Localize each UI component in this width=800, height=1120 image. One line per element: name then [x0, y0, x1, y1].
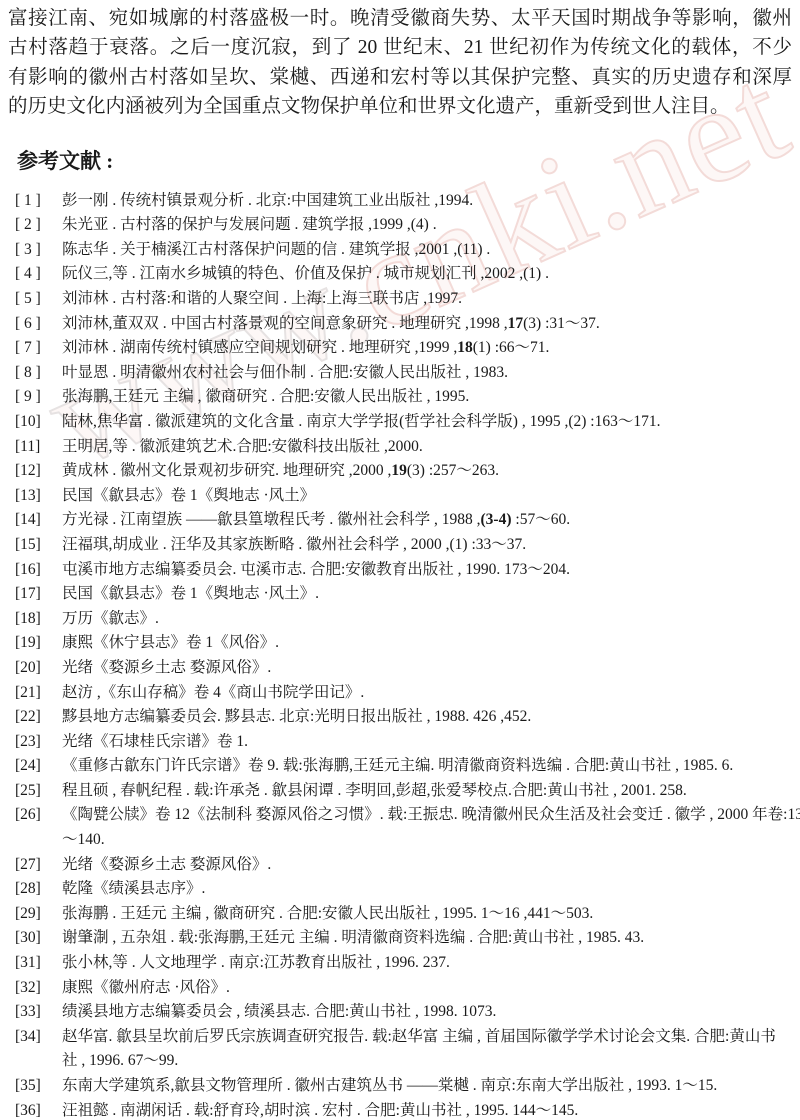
- reference-item: [34]赵华富. 歙县呈坎前后罗氏宗族调查研究报告. 载:赵华富 主编 , 首届…: [0, 1025, 800, 1074]
- references-heading: 参考文献 :: [17, 145, 800, 175]
- reference-item: [25]程且硕 , 春帆纪程 . 载:许承尧 . 歙县闲谭 . 李明回,彭超,张…: [0, 779, 800, 804]
- reference-text: 万历《歙志》.: [62, 610, 159, 627]
- reference-number: [32]: [15, 976, 41, 1001]
- reference-number: [ 9 ]: [15, 385, 41, 410]
- reference-item: [ 5 ]刘沛林 . 古村落:和谐的人聚空间 . 上海:上海三联书店 ,1997…: [0, 287, 800, 312]
- reference-item: [27]光绪《婺源乡土志 婺源风俗》.: [0, 853, 800, 878]
- reference-text: 陆林,焦华富 . 徽派建筑的文化含量 . 南京大学学报(哲学社会科学版) , 1…: [62, 413, 660, 430]
- reference-item: [26]《陶甓公牍》卷 12《法制科 婺源风俗之习惯》. 载:王振忠. 晚清徽州…: [0, 803, 800, 852]
- reference-number: [30]: [15, 926, 41, 951]
- reference-item: [22]黟县地方志编纂委员会. 黟县志. 北京:光明日报出版社 , 1988. …: [0, 705, 800, 730]
- reference-text: 张小林,等 . 人文地理学 . 南京:江苏教育出版社 , 1996. 237.: [62, 954, 450, 971]
- reference-number: [ 1 ]: [15, 189, 41, 214]
- reference-number: [35]: [15, 1074, 41, 1099]
- reference-text: 张海鹏 . 王廷元 主编 , 徽商研究 . 合肥:安徽人民出版社 , 1995.…: [62, 905, 593, 922]
- reference-text: 光绪《石埭桂氏宗谱》卷 1.: [62, 733, 248, 750]
- reference-text: 刘沛林 . 古村落:和谐的人聚空间 . 上海:上海三联书店 ,1997.: [62, 290, 462, 307]
- reference-item: [20]光绪《婺源乡土志 婺源风俗》.: [0, 656, 800, 681]
- reference-text: 程且硕 , 春帆纪程 . 载:许承尧 . 歙县闲谭 . 李明回,彭超,张爱琴校点…: [62, 782, 687, 799]
- reference-item: [17]民国《歙县志》卷 1《舆地志 ·风土》.: [0, 582, 800, 607]
- reference-text: 朱光亚 . 古村落的保护与发展问题 . 建筑学报 ,1999 ,(4) .: [62, 216, 437, 233]
- reference-text: 《陶甓公牍》卷 12《法制科 婺源风俗之习惯》. 载:王振忠. 晚清徽州民众生活…: [62, 806, 800, 848]
- reference-number: [ 8 ]: [15, 361, 41, 386]
- reference-text: 康熙《徽州府志 ·风俗》.: [62, 979, 230, 996]
- reference-text: 阮仪三,等 . 江南水乡城镇的特色、价值及保护 . 城市规划汇刊 ,2002 ,…: [62, 265, 549, 282]
- reference-item: [13]民国《歙县志》卷 1《舆地志 ·风土》: [0, 484, 800, 509]
- intro-paragraph: 富接江南、宛如城廓的村落盛极一时。晚清受徽商失势、太平天国时期战争等影响，徽州 …: [8, 4, 792, 122]
- reference-text: 刘沛林 . 湖南传统村镇感应空间规划研究 . 地理研究 ,1999 ,18(1)…: [62, 339, 549, 356]
- reference-text: 东南大学建筑系,歙县文物管理所 . 徽州古建筑丛书 ——棠樾 . 南京:东南大学…: [62, 1077, 717, 1094]
- reference-text: 叶显恩 . 明清徽州农村社会与佃仆制 . 合肥:安徽人民出版社 , 1983.: [62, 364, 508, 381]
- reference-item: [31]张小林,等 . 人文地理学 . 南京:江苏教育出版社 , 1996. 2…: [0, 951, 800, 976]
- reference-number: [36]: [15, 1099, 41, 1120]
- reference-text: 绩溪县地方志编纂委员会 , 绩溪县志. 合肥:黄山书社 , 1998. 1073…: [62, 1003, 496, 1020]
- paragraph-line: 有影响的徽州古村落如呈坎、棠樾、西递和宏村等以其保护完整、真实的历史遗存和深厚: [8, 63, 792, 92]
- reference-item: [35]东南大学建筑系,歙县文物管理所 . 徽州古建筑丛书 ——棠樾 . 南京:…: [0, 1074, 800, 1099]
- reference-text: 民国《歙县志》卷 1《舆地志 ·风土》.: [62, 585, 319, 602]
- reference-item: [ 1 ]彭一刚 . 传统村镇景观分析 . 北京:中国建筑工业出版社 ,1994…: [0, 189, 800, 214]
- reference-text: 彭一刚 . 传统村镇景观分析 . 北京:中国建筑工业出版社 ,1994.: [62, 192, 473, 209]
- reference-text: 《重修古歙东门许氏宗谱》卷 9. 载:张海鹏,王廷元主编. 明清徽商资料选编 .…: [62, 757, 733, 774]
- reference-item: [ 6 ]刘沛林,董双双 . 中国古村落景观的空间意象研究 . 地理研究 ,19…: [0, 312, 800, 337]
- reference-text: 黄成林 . 徽州文化景观初步研究. 地理研究 ,2000 ,19(3) :257…: [62, 462, 499, 479]
- reference-number: [25]: [15, 779, 41, 804]
- reference-number: [31]: [15, 951, 41, 976]
- reference-number: [11]: [15, 435, 40, 460]
- reference-number: [19]: [15, 631, 41, 656]
- reference-number: [24]: [15, 754, 41, 779]
- reference-number: [14]: [15, 508, 41, 533]
- reference-text: 方光禄 . 江南望族 ——歙县篁墩程氏考 . 徽州社会科学 , 1988 ,(3…: [62, 511, 570, 528]
- reference-number: [ 6 ]: [15, 312, 41, 337]
- reference-item: [ 9 ]张海鹏,王廷元 主编 , 徽商研究 . 合肥:安徽人民出版社 , 19…: [0, 385, 800, 410]
- reference-item: [15]汪福琪,胡成业 . 汪华及其家族断略 . 徽州社会科学 , 2000 ,…: [0, 533, 800, 558]
- reference-item: [24]《重修古歙东门许氏宗谱》卷 9. 载:张海鹏,王廷元主编. 明清徽商资料…: [0, 754, 800, 779]
- paragraph-line: 古村落趋于衰落。之后一度沉寂，到了 20 世纪末、21 世纪初作为传统文化的载体…: [8, 33, 792, 62]
- reference-number: [ 2 ]: [15, 213, 41, 238]
- reference-number: [16]: [15, 558, 41, 583]
- reference-number: [ 4 ]: [15, 262, 41, 287]
- reference-number: [28]: [15, 877, 41, 902]
- reference-item: [36]汪祖懿 . 南湖闲话 . 载:舒育玲,胡时滨 . 宏村 . 合肥:黄山书…: [0, 1099, 800, 1120]
- reference-text: 谢肇淛 , 五杂俎 . 载:张海鹏,王廷元 主编 . 明清徽商资料选编 . 合肥…: [62, 929, 644, 946]
- reference-item: [29]张海鹏 . 王廷元 主编 , 徽商研究 . 合肥:安徽人民出版社 , 1…: [0, 902, 800, 927]
- reference-item: [32]康熙《徽州府志 ·风俗》.: [0, 976, 800, 1001]
- reference-number: [ 7 ]: [15, 336, 41, 361]
- document-page: 富接江南、宛如城廓的村落盛极一时。晚清受徽商失势、太平天国时期战争等影响，徽州 …: [0, 4, 800, 1120]
- reference-number: [15]: [15, 533, 41, 558]
- reference-item: [30]谢肇淛 , 五杂俎 . 载:张海鹏,王廷元 主编 . 明清徽商资料选编 …: [0, 926, 800, 951]
- reference-item: [19]康熙《休宁县志》卷 1《风俗》.: [0, 631, 800, 656]
- reference-number: [23]: [15, 730, 41, 755]
- reference-text: 张海鹏,王廷元 主编 , 徽商研究 . 合肥:安徽人民出版社 , 1995.: [62, 388, 469, 405]
- reference-text: 刘沛林,董双双 . 中国古村落景观的空间意象研究 . 地理研究 ,1998 ,1…: [62, 315, 600, 332]
- reference-number: [21]: [15, 681, 41, 706]
- reference-number: [ 5 ]: [15, 287, 41, 312]
- reference-number: [26]: [15, 803, 41, 828]
- reference-text: 黟县地方志编纂委员会. 黟县志. 北京:光明日报出版社 , 1988. 426 …: [62, 708, 531, 725]
- reference-number: [12]: [15, 459, 41, 484]
- reference-item: [10]陆林,焦华富 . 徽派建筑的文化含量 . 南京大学学报(哲学社会科学版)…: [0, 410, 800, 435]
- reference-text: 汪福琪,胡成业 . 汪华及其家族断略 . 徽州社会科学 , 2000 ,(1) …: [62, 536, 526, 553]
- reference-number: [29]: [15, 902, 41, 927]
- reference-number: [33]: [15, 1000, 41, 1025]
- reference-number: [34]: [15, 1025, 41, 1050]
- reference-item: [21]赵汸 ,《东山存稿》卷 4《商山书院学田记》.: [0, 681, 800, 706]
- reference-text: 赵华富. 歙县呈坎前后罗氏宗族调查研究报告. 载:赵华富 主编 , 首届国际徽学…: [62, 1028, 776, 1070]
- references-list: [ 1 ]彭一刚 . 传统村镇景观分析 . 北京:中国建筑工业出版社 ,1994…: [0, 189, 800, 1120]
- paragraph-line: 的历史文化内涵被列为全国重点文物保护单位和世界文化遗产，重新受到世人注目。: [8, 92, 792, 121]
- reference-item: [ 3 ]陈志华 . 关于楠溪江古村落保护问题的信 . 建筑学报 ,2001 ,…: [0, 238, 800, 263]
- reference-number: [22]: [15, 705, 41, 730]
- reference-item: [ 4 ]阮仪三,等 . 江南水乡城镇的特色、价值及保护 . 城市规划汇刊 ,2…: [0, 262, 800, 287]
- reference-text: 王明居,等 . 徽派建筑艺术.合肥:安徽科技出版社 ,2000.: [62, 438, 423, 455]
- reference-text: 民国《歙县志》卷 1《舆地志 ·风土》: [62, 487, 315, 504]
- paragraph-line: 富接江南、宛如城廓的村落盛极一时。晚清受徽商失势、太平天国时期战争等影响，徽州: [8, 4, 792, 33]
- reference-number: [18]: [15, 607, 41, 632]
- reference-item: [ 7 ]刘沛林 . 湖南传统村镇感应空间规划研究 . 地理研究 ,1999 ,…: [0, 336, 800, 361]
- reference-number: [20]: [15, 656, 41, 681]
- reference-item: [ 8 ]叶显恩 . 明清徽州农村社会与佃仆制 . 合肥:安徽人民出版社 , 1…: [0, 361, 800, 386]
- reference-text: 屯溪市地方志编纂委员会. 屯溪市志. 合肥:安徽教育出版社 , 1990. 17…: [62, 561, 570, 578]
- reference-item: [18]万历《歙志》.: [0, 607, 800, 632]
- reference-number: [10]: [15, 410, 41, 435]
- reference-text: 汪祖懿 . 南湖闲话 . 载:舒育玲,胡时滨 . 宏村 . 合肥:黄山书社 , …: [62, 1102, 578, 1119]
- reference-text: 光绪《婺源乡土志 婺源风俗》.: [62, 856, 271, 873]
- reference-text: 光绪《婺源乡土志 婺源风俗》.: [62, 659, 271, 676]
- reference-number: [17]: [15, 582, 41, 607]
- reference-text: 乾隆《绩溪县志序》.: [62, 880, 205, 897]
- reference-number: [13]: [15, 484, 41, 509]
- reference-item: [12]黄成林 . 徽州文化景观初步研究. 地理研究 ,2000 ,19(3) …: [0, 459, 800, 484]
- reference-text: 赵汸 ,《东山存稿》卷 4《商山书院学田记》.: [62, 684, 364, 701]
- reference-item: [23]光绪《石埭桂氏宗谱》卷 1.: [0, 730, 800, 755]
- reference-item: [11]王明居,等 . 徽派建筑艺术.合肥:安徽科技出版社 ,2000.: [0, 435, 800, 460]
- reference-item: [28]乾隆《绩溪县志序》.: [0, 877, 800, 902]
- reference-number: [ 3 ]: [15, 238, 41, 263]
- reference-item: [16]屯溪市地方志编纂委员会. 屯溪市志. 合肥:安徽教育出版社 , 1990…: [0, 558, 800, 583]
- reference-item: [33]绩溪县地方志编纂委员会 , 绩溪县志. 合肥:黄山书社 , 1998. …: [0, 1000, 800, 1025]
- reference-text: 康熙《休宁县志》卷 1《风俗》.: [62, 634, 279, 651]
- reference-text: 陈志华 . 关于楠溪江古村落保护问题的信 . 建筑学报 ,2001 ,(11) …: [62, 241, 490, 258]
- reference-item: [14]方光禄 . 江南望族 ——歙县篁墩程氏考 . 徽州社会科学 , 1988…: [0, 508, 800, 533]
- reference-number: [27]: [15, 853, 41, 878]
- reference-item: [ 2 ]朱光亚 . 古村落的保护与发展问题 . 建筑学报 ,1999 ,(4)…: [0, 213, 800, 238]
